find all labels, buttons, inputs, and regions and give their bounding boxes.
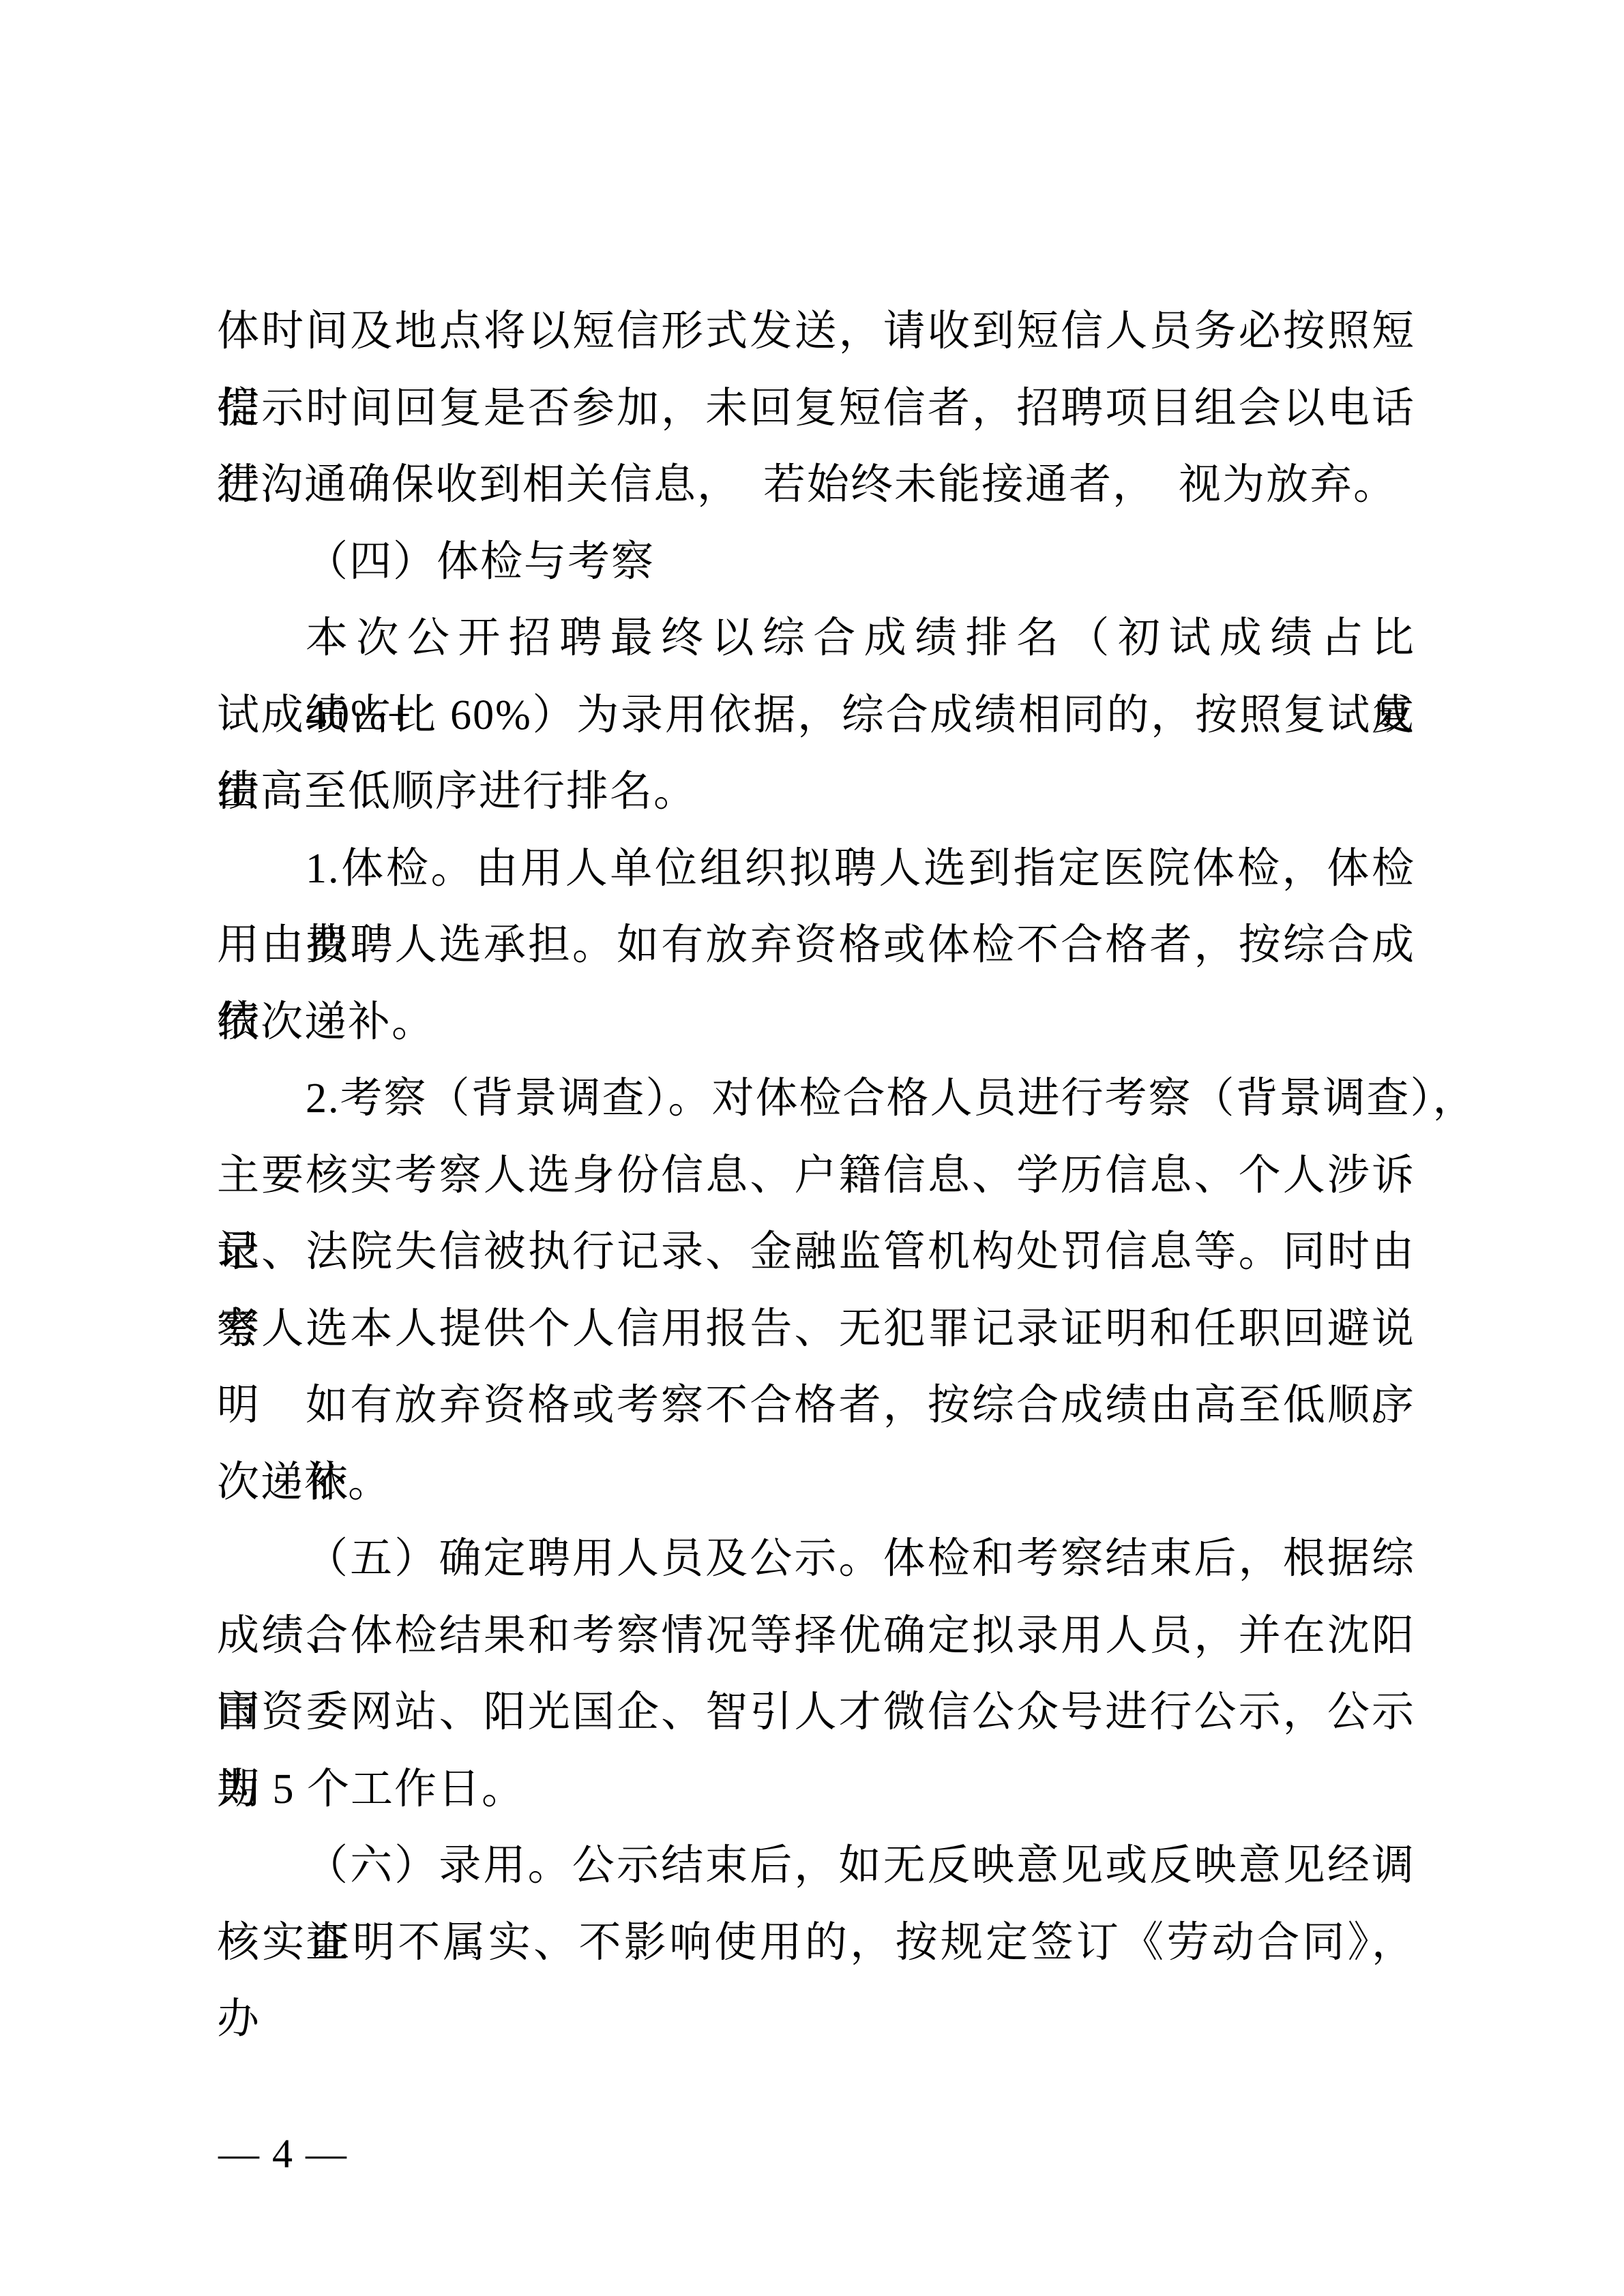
section-heading-6: （六）录用。公示结束后，如无反映意见或反映意见经调查 [217, 1828, 1415, 1905]
body-line: 国资委网站、阳光国企、智引人才微信公众号进行公示，公示期 [217, 1674, 1415, 1751]
body-line: 成绩、体检结果和考察情况等择优确定拟录用人员，并在沈阳市 [217, 1598, 1415, 1675]
body-line: 1.体检。由用人单位组织拟聘人选到指定医院体检，体检费 [217, 831, 1415, 908]
body-line: 由高至低顺序进行排名。 [217, 754, 1415, 831]
body-line: 次递补。 [217, 1444, 1415, 1521]
page-number: — 4 — [218, 2126, 348, 2181]
section-heading-4: （四）体检与考察 [217, 524, 1415, 601]
body-line: 2.考察（背景调查）。对体检合格人员进行考察（背景调查）， [217, 1060, 1415, 1137]
document-body: 体时间及地点将以短信形式发送，请收到短信人员务必按照短信 提示时间回复是否参加，… [217, 293, 1415, 1981]
body-line: 本次公开招聘最终以综合成绩排名（初试成绩占比 40%+复 [217, 600, 1415, 677]
body-line: 为 5 个工作日。 [217, 1751, 1415, 1828]
document-page: 体时间及地点将以短信形式发送，请收到短信人员务必按照短信 提示时间回复是否参加，… [0, 0, 1624, 2296]
body-line: 用由拟聘人选承担。如有放弃资格或体检不合格者，按综合成绩 [217, 907, 1415, 984]
body-line: 试成绩占比 60%）为录用依据，综合成绩相同的，按照复试成绩 [217, 677, 1415, 754]
body-line: 察人选本人提供个人信用报告、无犯罪记录证明和任职回避说明。 [217, 1291, 1415, 1368]
section-heading-5: （五）确定聘用人员及公示。体检和考察结束后，根据综合 [217, 1521, 1415, 1598]
body-line: 体时间及地点将以短信形式发送，请收到短信人员务必按照短信 [217, 293, 1415, 370]
body-line: 依次递补。 [217, 984, 1415, 1061]
body-line: 核实证明不属实、不影响使用的，按规定签订《劳动合同》，办 [217, 1905, 1415, 1982]
body-line: 主要核实考察人选身份信息、户籍信息、学历信息、个人涉诉记 [217, 1137, 1415, 1214]
body-line: 提示时间回复是否参加，未回复短信者，招聘项目组会以电话进 [217, 370, 1415, 447]
body-line: 行沟通确保收到相关信息， 若始终未能接通者， 视为放弃。 [217, 447, 1415, 524]
body-line: 如有放弃资格或考察不合格者，按综合成绩由高至低顺序依 [217, 1367, 1415, 1444]
body-line: 录、法院失信被执行记录、金融监管机构处罚信息等。同时由考 [217, 1214, 1415, 1291]
